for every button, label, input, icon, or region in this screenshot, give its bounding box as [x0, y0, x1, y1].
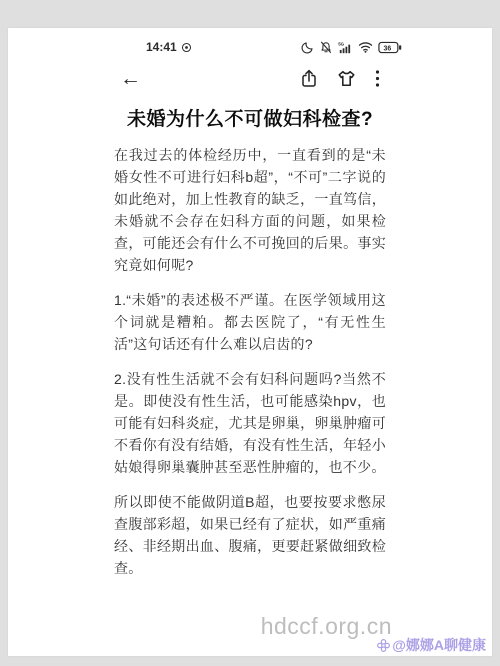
flower-icon: [377, 639, 390, 652]
nav-bar: ←: [94, 54, 406, 92]
paragraph-point-1: 1.“未婚”的表述极不严谨。在医学领域用这个词就是糟粕。都去医院了，“有无性生活…: [114, 289, 386, 355]
clock-time: 14:41: [146, 40, 177, 54]
more-kebab-icon[interactable]: [375, 69, 380, 88]
phone-content: 14:41 5G: [94, 28, 406, 579]
shirt-icon[interactable]: [337, 69, 356, 88]
screen-record-icon: [181, 42, 192, 53]
share-icon[interactable]: [300, 69, 318, 88]
account-watermark: @娜娜A聊健康: [377, 635, 486, 655]
article: 未婚为什么不可做妇科检查? 在我过去的体检经历中，一直看到的是“未婚女性不可进行…: [94, 104, 406, 579]
account-watermark-text: @娜娜A聊健康: [392, 635, 486, 655]
screenshot-card: 14:41 5G: [8, 28, 492, 656]
battery-icon: 36: [378, 41, 402, 54]
battery-level-label: 36: [384, 45, 392, 52]
back-icon[interactable]: ←: [120, 68, 141, 89]
status-icons: 5G 36: [301, 41, 402, 54]
night-mode-moon-icon: [301, 41, 314, 54]
site-watermark: hdccf.org.cn: [261, 613, 392, 640]
status-left: 14:41: [146, 40, 192, 54]
paragraph-point-2: 2.没有性生活就不会有妇科问题吗?当然不是。即使没有性生活，也可能感染hpv，也…: [114, 368, 386, 478]
article-body: 在我过去的体检经历中，一直看到的是“未婚女性不可进行妇科b超”，“不可”二字说的…: [114, 144, 386, 579]
article-title: 未婚为什么不可做妇科检查?: [114, 104, 386, 131]
paragraph-conclusion: 所以即使不能做阴道B超，也要按要求憋尿查腹部彩超，如果已经有了症状，如严重痛经、…: [114, 491, 386, 579]
nav-actions: [300, 69, 380, 88]
paragraph-intro: 在我过去的体检经历中，一直看到的是“未婚女性不可进行妇科b超”，“不可”二字说的…: [114, 144, 386, 276]
wifi-icon: [358, 41, 373, 53]
network-type-label: 5G: [338, 41, 344, 46]
mute-bell-icon: [319, 41, 333, 54]
status-bar: 14:41 5G: [94, 28, 406, 54]
cellular-signal-icon: 5G: [338, 41, 353, 54]
